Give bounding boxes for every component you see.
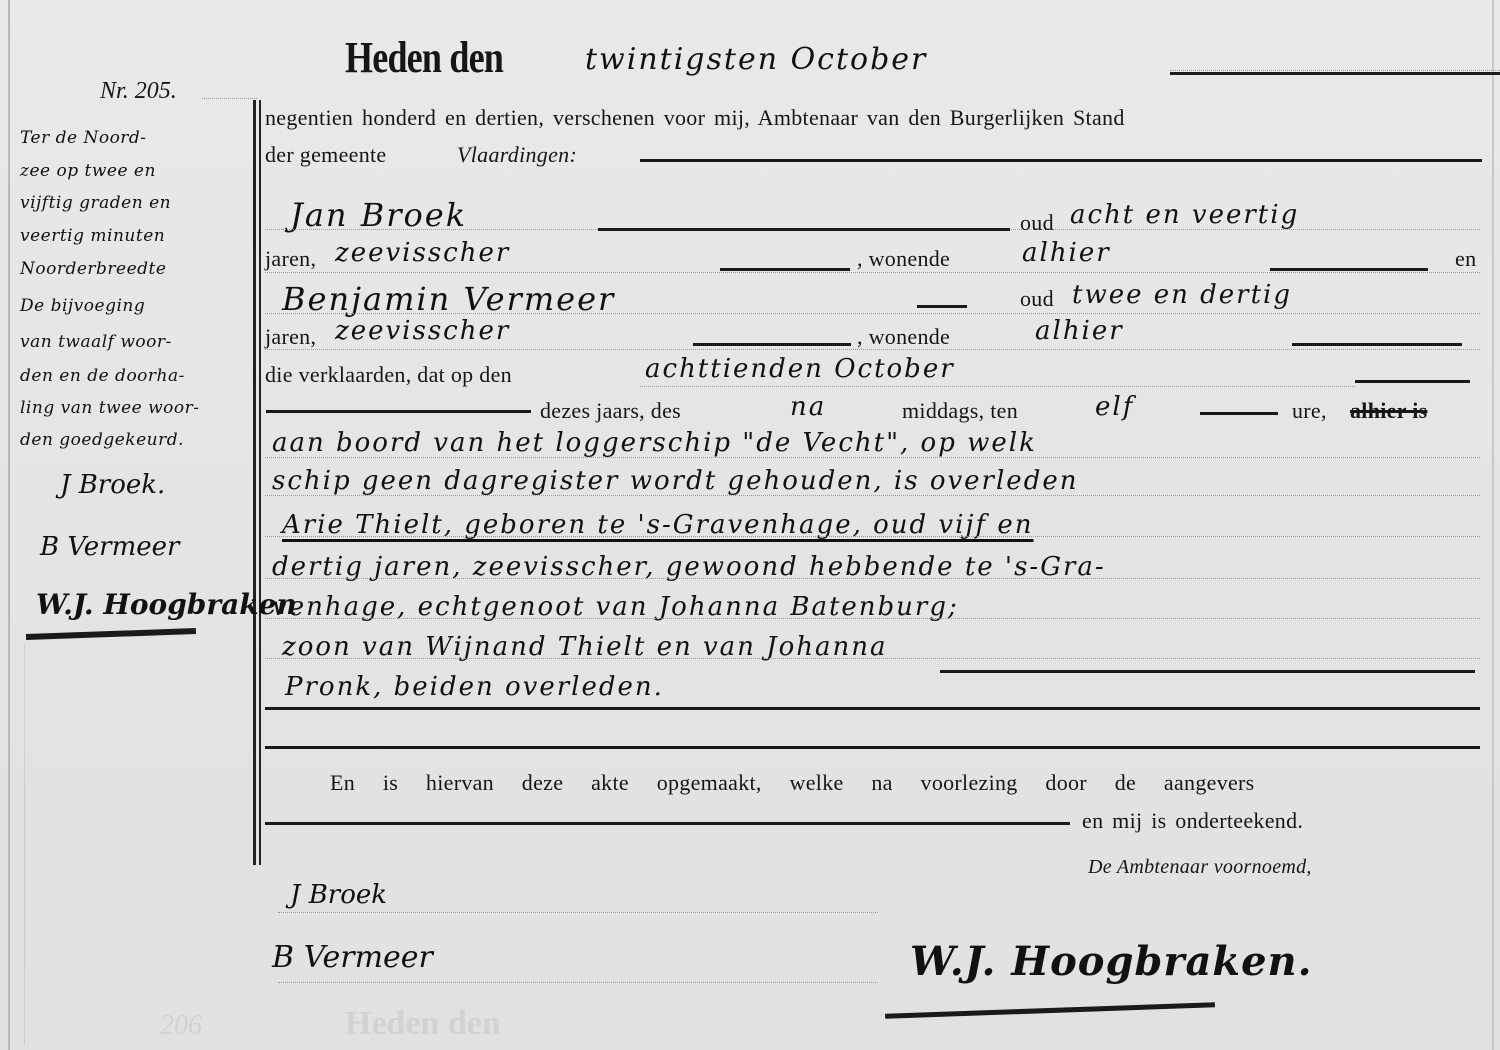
declarant-1-occupation: zeevisscher [335,238,510,268]
label-en: en [1455,246,1476,272]
margin-note-line: vijftig graden en [20,193,171,213]
declarant-2-residence: alhier [1035,316,1124,346]
declarant-1-residence: alhier [1022,238,1111,268]
label-jaren: jaren, [265,246,316,272]
label-oud: oud [1020,210,1054,236]
struck-out-text: alhier is [1350,398,1427,424]
bleed-through-heading: Heden den [345,1005,501,1043]
declarant-2-age: twee en dertig [1072,280,1292,310]
body-line-1: aan boord van het loggerschip "de Vecht"… [272,428,1037,458]
signature-guide [278,912,878,913]
document-page: Heden den 206 Heden den twintigsten Octo… [0,0,1500,1050]
record-number-dots [202,98,257,99]
record-date-hand: twintigsten October [585,42,927,77]
margin-guide-line [24,645,25,1045]
label-dezes-jaars: dezes jaars, des [540,398,681,424]
label-oud-2: oud [1020,286,1054,312]
fill-line [265,822,1070,825]
margin-note-line: den en de doorha- [20,366,185,386]
margin-note-line: veertig minuten [20,226,165,246]
dotted-guide [265,618,1480,619]
margin-divider [253,100,256,865]
fill-line [1270,268,1428,271]
signature-guide [278,982,878,983]
bleed-through-number: 206 [160,1010,202,1042]
dotted-guide [265,536,1480,537]
fill-line [1200,412,1278,415]
label-jaren-2: jaren, [265,324,316,350]
fill-line [1355,380,1470,383]
event-part-of-day: na [790,392,826,422]
print-line-1: negentien honderd en dertien, verschenen… [265,105,1125,131]
margin-signature-vermeer: B Vermeer [40,532,179,562]
municipality-name: Vlaardingen: [457,142,577,168]
body-line-7: Pronk, beiden overleden. [285,672,664,702]
label-middags: middags, ten [902,398,1018,424]
fill-line [598,228,1010,231]
margin-note-line: den goedgekeurd. [20,430,184,450]
margin-note-line: Noorderbreedte [20,259,166,279]
dotted-guide [265,658,1480,659]
dotted-guide [265,578,1480,579]
dotted-guide [265,495,1480,496]
margin-note-line: zee op twee en [20,161,156,181]
declarant-2-occupation: zeevisscher [335,316,510,346]
margin-signature-broek: J Broek. [60,470,165,500]
dotted-guide [265,272,1480,273]
fill-line [640,159,1482,162]
official-label: De Ambtenaar voornoemd, [1088,856,1312,879]
print-line-2-prefix: der gemeente [265,142,386,168]
record-number: Nr. 205. [100,78,177,105]
margin-signature-official: W.J. Hoogbraken [36,588,297,621]
body-line-2: schip geen dagregister wordt gehouden, i… [272,466,1078,496]
label-wonende-2: , wonende [857,324,950,350]
label-wonende: , wonende [857,246,950,272]
dotted-guide [640,386,1355,387]
margin-divider-inner [259,100,261,865]
date-fill-line [1170,72,1500,75]
official-signature-flourish [885,1002,1215,1019]
fill-line [1292,343,1462,346]
fill-line [940,670,1475,673]
fill-line [720,268,850,271]
official-signature: W.J. Hoogbraken. [910,938,1313,985]
fill-line [917,305,967,308]
signature-vermeer: B Vermeer [272,940,433,975]
fill-line [693,343,851,346]
page-edge-right [1492,0,1494,1050]
fill-line [266,410,531,413]
margin-note-line: Ter de Noord- [20,128,147,148]
closing-text-1: En is hiervan deze akte opgemaakt, welke… [330,770,1255,796]
margin-note-line: van twaalf woor- [20,332,172,352]
closing-text-2: en mij is onderteekend. [1082,808,1303,834]
dotted-guide [1170,70,1500,71]
dotted-guide [265,457,1480,458]
record-heading: Heden den [345,32,503,83]
event-date: achttienden October [645,354,955,384]
label-ure: ure, [1292,398,1327,424]
event-hour: elf [1095,392,1134,422]
label-verklaarden: die verklaarden, dat op den [265,362,512,388]
blank-line [265,746,1480,749]
page-edge-left [8,0,10,1050]
margin-note-line: ling van twee woor- [20,398,200,418]
dotted-guide [265,313,1480,314]
signature-broek: J Broek [290,880,387,910]
signature-flourish [26,628,196,640]
declarant-1-age: acht en veertig [1070,200,1299,230]
blank-line [265,707,1480,710]
margin-note-line: De bijvoeging [20,296,145,316]
